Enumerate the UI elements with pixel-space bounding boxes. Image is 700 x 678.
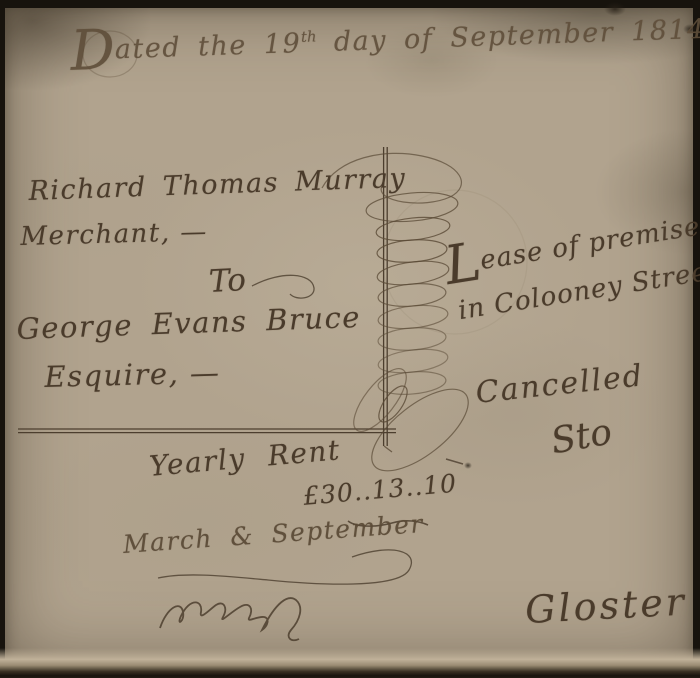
document-photo: Dated the 19th day of September 1814. Ri… — [0, 0, 700, 678]
grantor-description: Merchant, — — [20, 217, 208, 252]
to-label: To — [208, 262, 247, 300]
grantee-description: Esquire, — — [44, 355, 221, 394]
dateline-text: ated the 19 — [114, 28, 301, 65]
ink-stain — [604, 2, 626, 16]
ink-stain — [464, 462, 472, 469]
dateline-ordinal: th — [301, 27, 317, 46]
signature-name: Gloster — [524, 580, 688, 632]
dateline-initial: D — [69, 18, 116, 84]
bottom-fold-edge — [0, 648, 700, 678]
